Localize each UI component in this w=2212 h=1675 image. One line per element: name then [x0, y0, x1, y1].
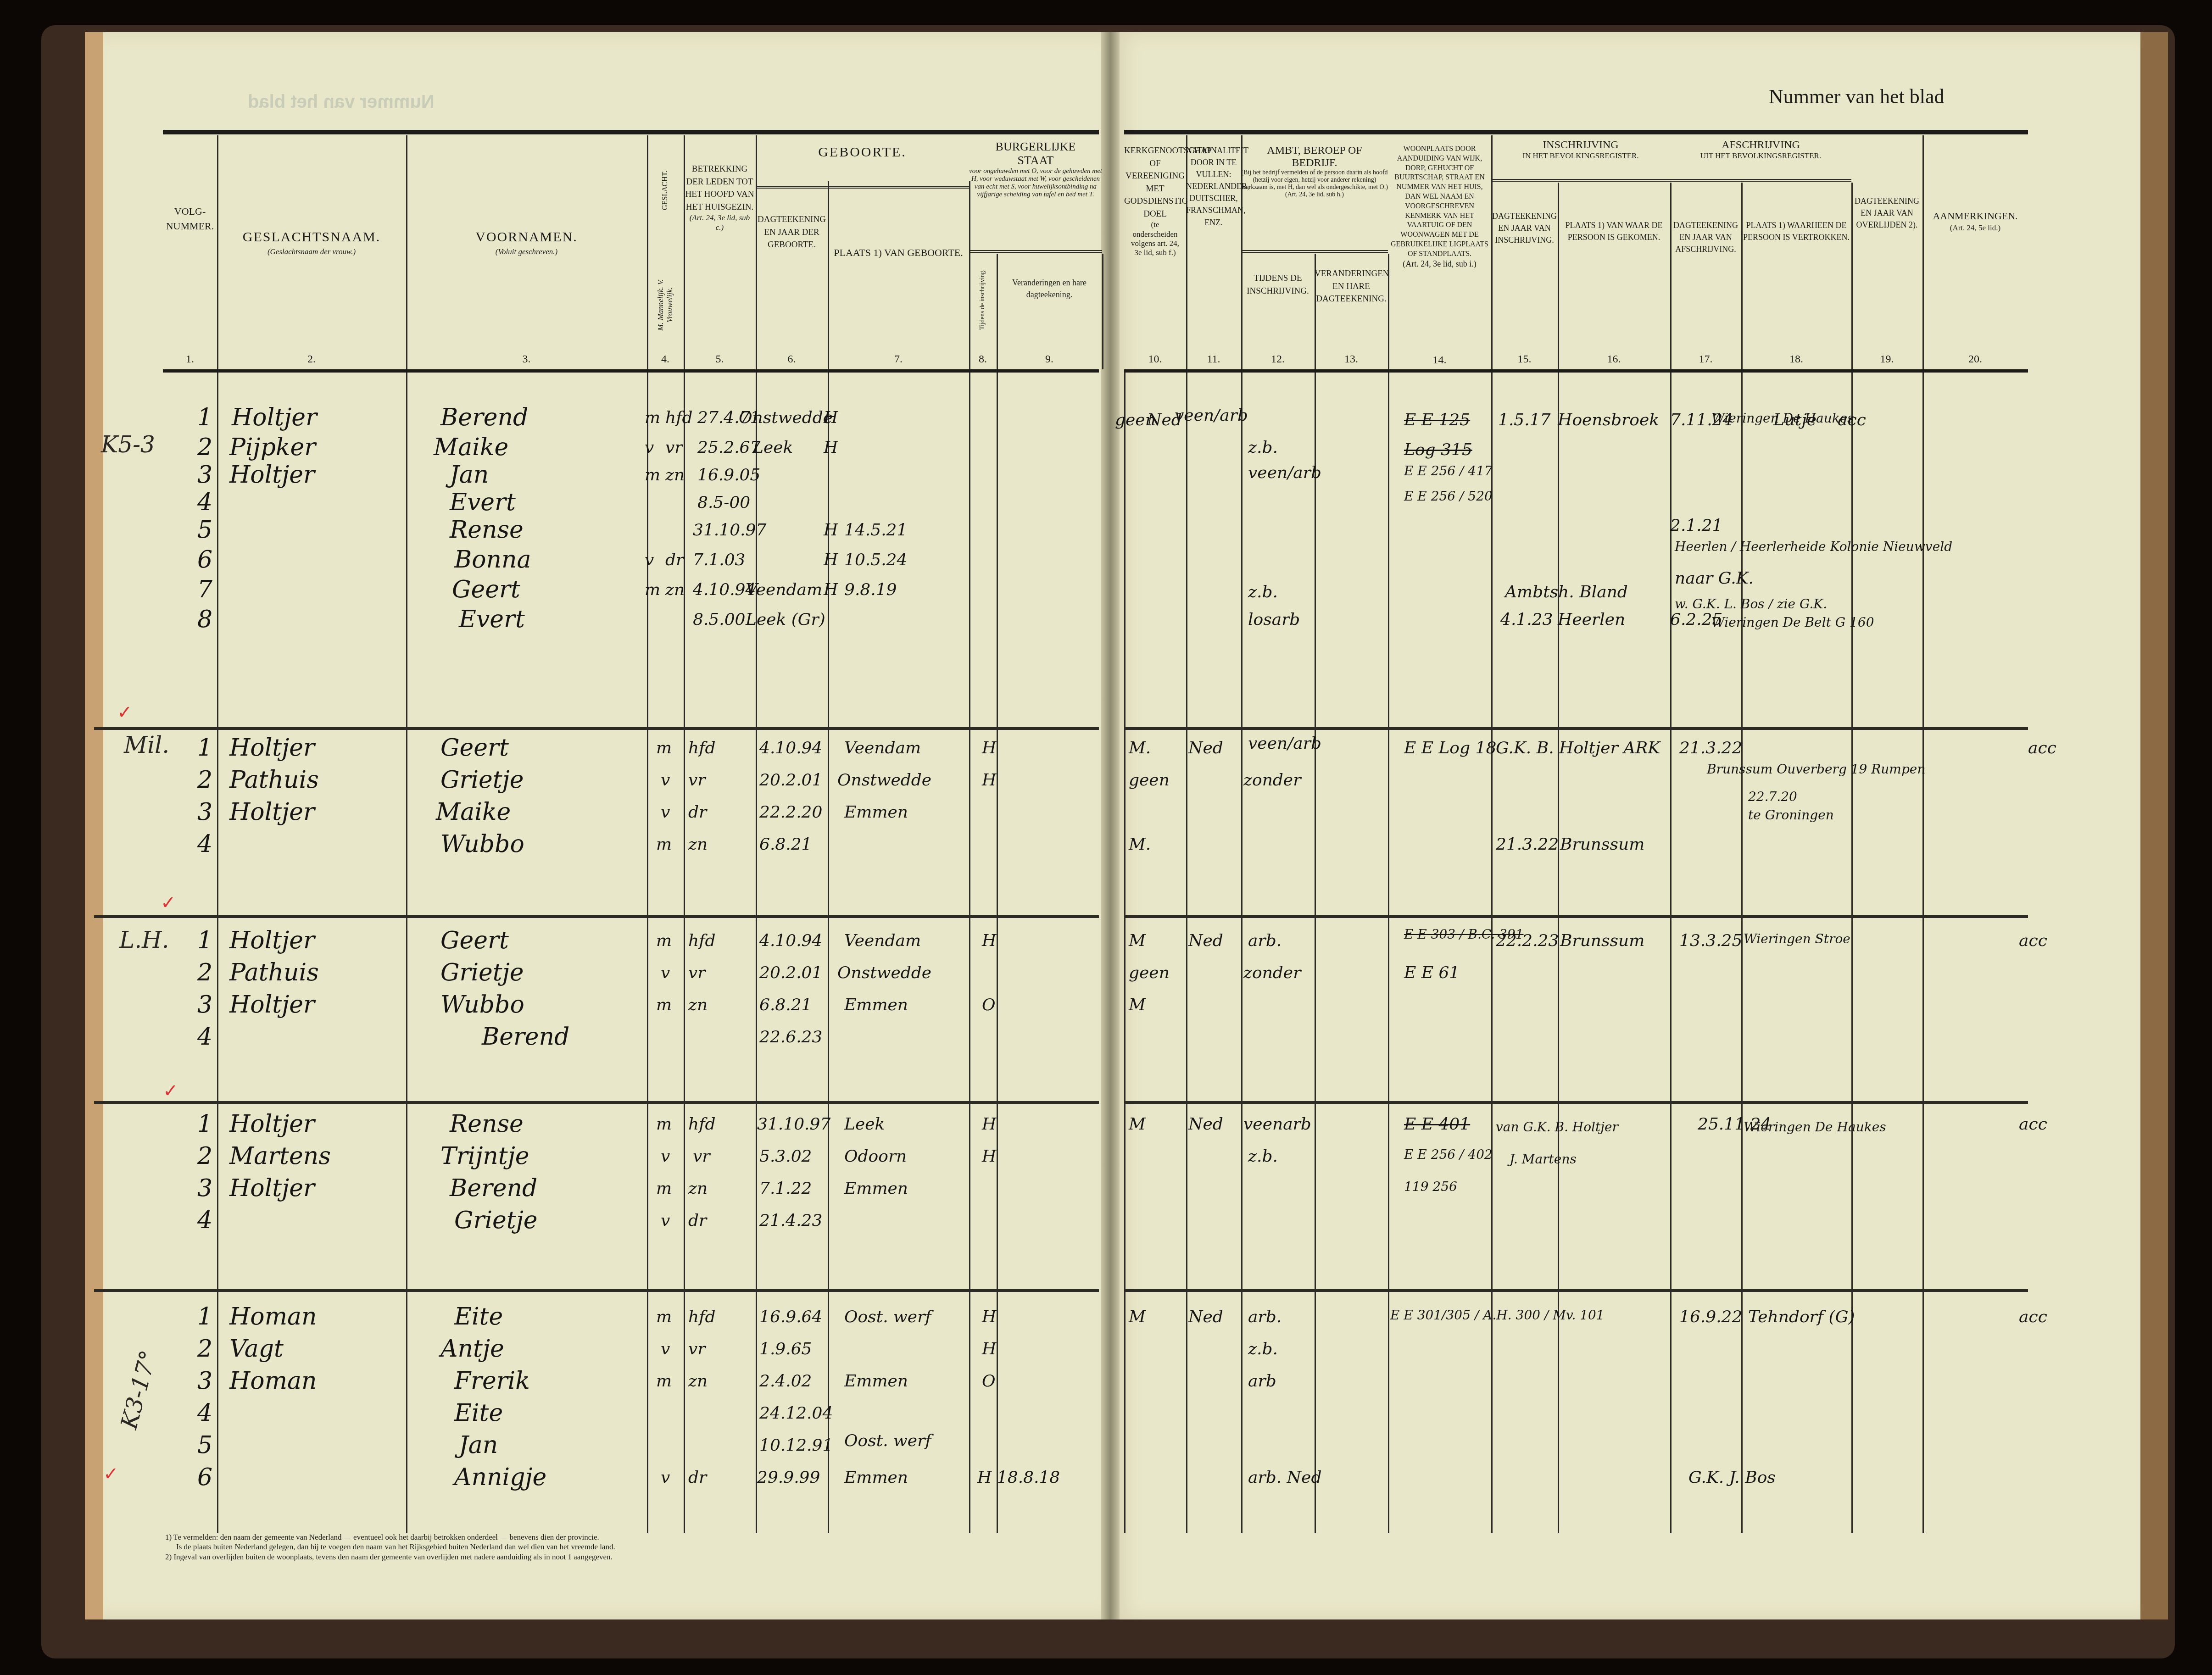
- civil-status: H: [982, 1340, 996, 1358]
- birth-place: Emmen: [844, 1372, 908, 1391]
- civil-status: H: [982, 771, 996, 790]
- volgnummer: 8: [197, 606, 212, 633]
- occupation: z.b.: [1248, 583, 1278, 601]
- col-8-header: Tijdens de inschrijving.8.: [969, 254, 998, 369]
- given-name: Annigje: [454, 1464, 546, 1491]
- household-separator: [1124, 915, 2028, 918]
- civil-status: H: [824, 521, 838, 540]
- birth-date: 7.1.03: [693, 551, 746, 569]
- address: Log 315: [1404, 440, 1472, 459]
- birth-date: 22.2.20: [759, 803, 822, 822]
- relation: dr: [688, 1211, 707, 1230]
- afschrijving-to: te Groningen: [1748, 807, 1834, 823]
- afschrijving-to: Wieringen De Belt G 160: [1711, 615, 1874, 630]
- inschrijving-from: J. Martens: [1510, 1152, 1577, 1167]
- sex: v: [661, 1340, 670, 1358]
- occupation: arb.: [1248, 931, 1282, 950]
- volgnummer: 5: [197, 1431, 212, 1459]
- col-divider: [1186, 373, 1187, 1533]
- birth-place: Leek: [844, 1115, 885, 1134]
- relation: vr: [665, 438, 683, 457]
- church: geen: [1129, 963, 1170, 982]
- col-divider: [684, 373, 685, 1533]
- birth-date: 6.8.21: [759, 835, 812, 854]
- surname: Homan: [229, 1367, 317, 1395]
- sex: m: [656, 1308, 672, 1326]
- occupation: z.b.: [1248, 438, 1278, 457]
- sex: m: [656, 1115, 672, 1134]
- volgnummer: 2: [197, 766, 212, 794]
- sex: v: [661, 1211, 670, 1230]
- civil-status-change: 9.8.19: [844, 580, 897, 599]
- col-10-header: Kerkgenootschap of vereeniging met godsd…: [1124, 135, 1187, 369]
- given-name: Eite: [454, 1303, 503, 1330]
- civil-status: H: [982, 1147, 996, 1166]
- footnote-1: 1) Te vermelden: den naam der gemeente v…: [165, 1532, 615, 1542]
- surname: Homan: [229, 1303, 317, 1330]
- sex: m: [645, 408, 660, 427]
- sex: m: [656, 1179, 672, 1198]
- given-name: Berend: [450, 1174, 537, 1202]
- inschrijving-date: 4.1.23: [1500, 610, 1553, 629]
- occupation: z.b.: [1248, 1340, 1278, 1358]
- sex: m: [645, 466, 660, 484]
- birth-date: 21.4.23: [759, 1211, 822, 1230]
- address: E E 401: [1404, 1115, 1470, 1134]
- birth-date: 31.10.97: [757, 1115, 830, 1134]
- sex: v: [661, 963, 670, 982]
- occupation: arb.: [1248, 1308, 1282, 1326]
- relation: zn: [665, 466, 685, 484]
- volgnummer: 3: [197, 1367, 212, 1395]
- afschrijving-to: Wieringen Stroe: [1744, 931, 1850, 946]
- birth-place: Leek: [752, 438, 793, 457]
- given-name: Grietje: [440, 766, 524, 794]
- civil-status-change: H 18.8.18: [977, 1468, 1060, 1487]
- surname: Holtjer: [229, 991, 315, 1018]
- sex: v: [661, 1468, 670, 1487]
- civil-status-change: 14.5.21: [844, 521, 907, 540]
- given-name: Grietje: [454, 1207, 538, 1234]
- volgnummer: 7: [197, 576, 212, 603]
- given-name: Evert: [459, 606, 525, 633]
- birth-date: 29.9.99: [757, 1468, 820, 1487]
- inschrijving-from: Hoensbroek: [1558, 411, 1659, 429]
- red-check-mark: ✓: [161, 892, 176, 913]
- given-name: Bonna: [454, 546, 531, 573]
- birth-date: 8.5.00: [693, 610, 746, 629]
- relation: zn: [665, 580, 685, 599]
- birth-date: 16.9.05: [697, 466, 760, 484]
- church: M: [1129, 1115, 1146, 1134]
- surname: Holtjer: [229, 461, 315, 489]
- household-separator: [1124, 727, 2028, 730]
- afschrijving-to: Wieringen De Haukes: [1744, 1119, 1886, 1135]
- birth-date: 4.10.94: [759, 931, 822, 950]
- given-name: Trijntje: [440, 1142, 529, 1170]
- inschrijving-date: 22.2.23: [1496, 931, 1559, 950]
- nationality: Ned: [1188, 1308, 1223, 1326]
- afschrijving-to: Brunssum: [1560, 835, 1644, 854]
- volgnummer: 2: [197, 959, 212, 986]
- birth-date: 20.2.01: [759, 963, 822, 982]
- afschrijving-to: Tehndorf (G): [1748, 1308, 1855, 1326]
- occupation: veen/arb: [1175, 406, 1248, 425]
- page-title: Nummer van het blad: [1769, 85, 1944, 108]
- col-18-header: Plaats 1) waarheen de persoon is vertrok…: [1741, 183, 1853, 369]
- volgnummer: 2: [197, 434, 212, 461]
- header-rule-right: [1124, 369, 2028, 373]
- occupation: z.b.: [1248, 1147, 1278, 1166]
- civil-status: O: [982, 996, 996, 1014]
- birth-place: Odoorn: [844, 1147, 907, 1166]
- household-separator: [94, 727, 1099, 730]
- relation: dr: [688, 803, 707, 822]
- surname: Martens: [229, 1142, 331, 1170]
- remark: acc: [2028, 739, 2056, 757]
- volgnummer: 1: [197, 927, 212, 954]
- header-rule-left: [163, 369, 1099, 373]
- volgnummer: 1: [197, 734, 212, 762]
- birth-place: Onstwedde: [837, 771, 931, 790]
- relation: vr: [693, 1147, 710, 1166]
- afschrijving-date: 13.3.25: [1679, 931, 1742, 950]
- red-check-mark: ✓: [117, 702, 133, 723]
- afschrijving-to: naar G.K.: [1675, 569, 1754, 588]
- birth-date: 2.4.02: [759, 1372, 812, 1391]
- col-divider: [997, 373, 998, 1533]
- col-2-header: Geslachtsnaam.(Geslachtsnaam der vrouw.)…: [217, 135, 407, 369]
- given-name: Geert: [440, 927, 509, 954]
- footnote-2: 2) Ingeval van overlijden buiten de woon…: [165, 1552, 615, 1562]
- occupation: zonder: [1243, 963, 1301, 982]
- col-17-header: Dagteekening en jaar van afschrijving.17…: [1670, 183, 1743, 369]
- footnotes: 1) Te vermelden: den naam der gemeente v…: [165, 1532, 615, 1562]
- sex: m: [645, 580, 660, 599]
- afschrijving-to: Heerlen / Heerlerheide Kolonie Nieuwveld: [1675, 539, 1952, 554]
- birth-date: 4.10.94: [759, 739, 822, 757]
- relation: hfd: [688, 931, 716, 950]
- sex: m: [656, 835, 672, 854]
- given-name: Berend: [440, 404, 528, 431]
- address: E E Log 18: [1404, 739, 1496, 757]
- birth-place: Leek (Gr): [746, 610, 825, 629]
- col-divider: [406, 373, 407, 1533]
- given-name: Maike: [434, 434, 508, 461]
- birth-place: Oost. werf: [844, 1308, 931, 1326]
- given-name: Rense: [450, 1110, 524, 1138]
- civil-status-change: 10.5.24: [844, 551, 907, 569]
- volgnummer: 4: [197, 489, 212, 516]
- col-15-header: Dagteekening en jaar van inschrijving.15…: [1491, 183, 1559, 369]
- given-name: Wubbo: [440, 991, 524, 1018]
- relation: dr: [665, 551, 684, 569]
- afschrijving-date: 21.3.22: [1679, 739, 1742, 757]
- inschrijving-from: Brunssum: [1560, 931, 1644, 950]
- church: M.: [1129, 835, 1151, 854]
- given-name: Evert: [450, 489, 516, 516]
- household-separator: [1124, 1101, 2028, 1104]
- birth-place: Emmen: [844, 996, 908, 1014]
- sex: m: [656, 931, 672, 950]
- surname: Pathuis: [229, 766, 319, 794]
- civil-status: H: [982, 1115, 996, 1134]
- col-4-header: Geslacht.M. Mannelijk. V. Vrouwelijk.4.: [647, 135, 685, 369]
- volgnummer: 6: [197, 1464, 212, 1491]
- occupation: veen/arb: [1248, 734, 1321, 753]
- civil-status: O: [982, 1372, 996, 1391]
- remark: acc: [2019, 1308, 2047, 1326]
- birth-place: Veendam: [844, 931, 921, 950]
- sex: v: [661, 771, 670, 790]
- nationality: Ned: [1188, 931, 1223, 950]
- relation: hfd: [688, 1115, 716, 1134]
- relation: zn: [688, 1372, 708, 1391]
- sex: m: [656, 739, 672, 757]
- col-divider: [969, 373, 970, 1533]
- col-divider: [828, 373, 829, 1533]
- afschrijving-to: Brunssum Ouverberg 19 Rumpen: [1707, 762, 1925, 777]
- group-afschrijving: AFSCHRIJVINGUIT HET BEVOLKINGSREGISTER.: [1670, 135, 1851, 182]
- col-16-header: Plaats 1) van waar de persoon is gekomen…: [1558, 183, 1672, 369]
- surname: Pathuis: [229, 959, 319, 986]
- col-divider: [1315, 373, 1316, 1533]
- afschrijving-to: G.K. J. Bos: [1688, 1468, 1776, 1487]
- church: M.: [1129, 739, 1151, 757]
- group-geboorte: GEBOORTE.: [756, 135, 969, 189]
- given-name: Rense: [450, 516, 524, 544]
- birth-date: 5.3.02: [759, 1147, 812, 1166]
- remark: acc: [2019, 931, 2047, 950]
- given-name: Geert: [452, 576, 520, 603]
- birth-place: Veendam: [746, 580, 822, 599]
- given-name: Maike: [436, 798, 511, 826]
- top-rule-right: [1124, 130, 2028, 134]
- volgnummer: 3: [197, 461, 212, 489]
- birth-date: 20.2.01: [759, 771, 822, 790]
- volgnummer: 4: [197, 830, 212, 858]
- occupation: veen/arb: [1248, 463, 1321, 482]
- civil-status: H: [824, 551, 838, 569]
- volgnummer: 3: [197, 1174, 212, 1202]
- civil-status: H: [982, 1308, 996, 1326]
- inschrijving-date: 1.5.17: [1498, 411, 1551, 429]
- nationality: Ned: [1188, 739, 1223, 757]
- church: geen: [1129, 771, 1170, 790]
- remark: acc: [2019, 1115, 2047, 1134]
- volgnummer: 4: [197, 1399, 212, 1427]
- occupation: losarb: [1248, 610, 1300, 629]
- birth-date: 7.1.22: [759, 1179, 812, 1198]
- ghost-title-bleedthrough: Nummer van het blad: [248, 92, 435, 112]
- afschrijving-date: 2.1.21: [1670, 516, 1723, 535]
- col-12-header: Tijdens de inschrijving.12.: [1241, 254, 1316, 369]
- col-19-header: Dagteekening en jaar van overlijden 2).1…: [1851, 135, 1924, 369]
- volgnummer: 1: [197, 1303, 212, 1330]
- col-11-header: Nationaliteit door in te vullen: Nederla…: [1186, 135, 1243, 369]
- sex: v: [661, 1147, 670, 1166]
- margin-note: L.H.: [119, 927, 169, 953]
- relation: hfd: [688, 1308, 716, 1326]
- surname: Holtjer: [229, 927, 315, 954]
- birth-place: Emmen: [844, 1179, 908, 1198]
- relation: dr: [688, 1468, 707, 1487]
- household-separator: [94, 1101, 1099, 1104]
- col-divider: [1241, 373, 1243, 1533]
- relation: vr: [688, 963, 706, 982]
- volgnummer: 4: [197, 1023, 212, 1051]
- address: 119 256: [1404, 1179, 1457, 1194]
- col-divider: [1124, 373, 1126, 1533]
- volgnummer: 5: [197, 516, 212, 544]
- birth-place: Emmen: [844, 1468, 908, 1487]
- volgnummer: 2: [197, 1142, 212, 1170]
- surname: Holtjer: [229, 734, 315, 762]
- address: E E 301/305 / A.H. 300 / Mv. 101: [1390, 1308, 1605, 1323]
- volgnummer: 1: [197, 1110, 212, 1138]
- civil-status: H: [824, 408, 838, 427]
- address: E E 256 / 520: [1404, 489, 1493, 504]
- given-name: Geert: [440, 734, 509, 762]
- col-divider: [217, 373, 218, 1533]
- col-divider: [1388, 373, 1389, 1533]
- sex: v: [645, 551, 654, 569]
- address: E E 256 / 417: [1404, 463, 1493, 479]
- col-13-header: Veranderingen en hare dagteekening.13.: [1315, 254, 1389, 369]
- col-1-header: Volg-nummer.1.: [163, 135, 218, 369]
- volgnummer: 2: [197, 1335, 212, 1363]
- birth-date: 31.10.97: [693, 521, 766, 540]
- volgnummer: 4: [197, 1207, 212, 1234]
- given-name: Antje: [440, 1335, 504, 1363]
- sex: m: [656, 1372, 672, 1391]
- inschrijving-from: van G.K. B. Holtjer: [1496, 1119, 1618, 1135]
- address: E E 61: [1404, 963, 1460, 982]
- nationality: Ned: [1188, 1115, 1223, 1134]
- group-inschrijving: INSCHRIJVINGIN HET BEVOLKINGSREGISTER.: [1491, 135, 1670, 182]
- surname: Pijpker: [229, 434, 316, 461]
- relation: vr: [688, 1340, 706, 1358]
- red-check-mark: ✓: [163, 1080, 178, 1102]
- birth-place: Onstwedde: [739, 408, 833, 427]
- volgnummer: 1: [197, 404, 212, 431]
- col-3-header: Voornamen.(Voluit geschreven.)3.: [406, 135, 648, 369]
- given-name: Wubbo: [440, 830, 524, 858]
- civil-status: H: [982, 931, 996, 950]
- civil-status: H: [982, 739, 996, 757]
- given-name: Frerik: [454, 1367, 530, 1395]
- footnote-1-cont: Is de plaats buiten Nederland gelegen, d…: [165, 1542, 615, 1552]
- inschrijving-from: Heerlen: [1558, 610, 1625, 629]
- sex: m: [656, 996, 672, 1014]
- column-headers: Volg-nummer.1. Geslachtsnaam.(Geslachtsn…: [163, 135, 2028, 369]
- volgnummer: 6: [197, 546, 212, 573]
- address: E E 125: [1404, 411, 1470, 429]
- group-ambt: AMBT, BEROEP OF BEDRIJF.(Bij het bedrijf…: [1241, 135, 1388, 253]
- col-20-header: Aanmerkingen.(Art. 24, 5e lid.)20.: [1922, 135, 2028, 369]
- sex: v: [661, 803, 670, 822]
- col-7-header: Plaats 1) van geboorte.7.: [828, 181, 970, 369]
- given-name: Jan: [450, 461, 489, 489]
- given-name: Berend: [482, 1023, 569, 1051]
- occupation: arb. Ned: [1248, 1468, 1321, 1487]
- occupation: arb: [1248, 1372, 1276, 1391]
- col-divider: [1558, 373, 1559, 1533]
- birth-date: 16.9.64: [759, 1308, 822, 1326]
- church: M: [1129, 996, 1146, 1014]
- afschrijving-date: 21.3.22: [1496, 835, 1559, 854]
- occupation: zonder: [1243, 771, 1301, 790]
- birth-date: 6.8.21: [759, 996, 812, 1014]
- relation: zn: [688, 835, 708, 854]
- address: E E 256 / 402: [1404, 1147, 1493, 1162]
- surname: Holtjer: [229, 1174, 315, 1202]
- col-14-header: Woonplaats door aanduiding van wijk, dor…: [1388, 135, 1493, 369]
- inschrijving-from: G.K. B. Holtjer ARK: [1496, 739, 1660, 757]
- birth-place: Emmen: [844, 803, 908, 822]
- relation: hfd: [688, 739, 716, 757]
- surname: Vagt: [229, 1335, 284, 1363]
- surname: Holtjer: [229, 1110, 315, 1138]
- birth-date: 24.12.04: [759, 1404, 833, 1423]
- col-5-header: Betrekking der leden tot het hoofd van h…: [684, 135, 757, 369]
- col-divider: [1491, 373, 1493, 1533]
- occupation: veenarb: [1243, 1115, 1311, 1134]
- birth-date: 1.9.65: [759, 1340, 812, 1358]
- birth-place: Veendam: [844, 739, 921, 757]
- group-burgerlijke-staat: BURGERLIJKE STAATvoor ongehuwden met O, …: [969, 135, 1102, 253]
- birth-place: Oost. werf: [844, 1431, 931, 1450]
- relation: zn: [688, 996, 708, 1014]
- volgnummer: 3: [197, 991, 212, 1018]
- red-check-mark: ✓: [103, 1464, 119, 1485]
- household-separator: [94, 1289, 1099, 1292]
- given-name: Jan: [459, 1431, 498, 1459]
- given-name: Eite: [454, 1399, 503, 1427]
- remark: acc: [1838, 411, 1866, 429]
- given-name: Grietje: [440, 959, 524, 986]
- birth-place: Onstwedde: [837, 963, 931, 982]
- birth-date: 25.2.67: [697, 438, 760, 457]
- surname: Holtjer: [229, 798, 315, 826]
- volgnummer: 3: [197, 798, 212, 826]
- col-divider: [756, 373, 757, 1533]
- church: M: [1129, 931, 1146, 950]
- sex: v: [645, 438, 654, 457]
- death-date: Lutje: [1773, 411, 1816, 429]
- household-separator: [1124, 1289, 2028, 1292]
- col-divider: [647, 373, 648, 1533]
- inschrijving-from: Ambtsh. Bland: [1505, 583, 1628, 601]
- relation: hfd: [665, 408, 693, 427]
- surname: Holtjer: [232, 404, 317, 431]
- top-rule-left: [163, 130, 1099, 134]
- afschrijving-to: w. G.K. L. Bos / zie G.K.: [1675, 596, 1827, 612]
- civil-status: H: [824, 580, 838, 599]
- civil-status: H: [824, 438, 838, 457]
- birth-date: 22.6.23: [759, 1028, 822, 1046]
- margin-note: Mil.: [124, 732, 169, 758]
- col-9-header: Veranderingen en hare dagteekening.9.: [997, 254, 1103, 369]
- church: M: [1129, 1308, 1146, 1326]
- birth-date: 10.12.91: [759, 1436, 833, 1455]
- household-separator: [94, 915, 1099, 918]
- relation: zn: [688, 1179, 708, 1198]
- margin-note: K5-3: [101, 431, 155, 458]
- afschrijving-date: 16.9.22: [1679, 1308, 1742, 1326]
- col-divider: [1670, 373, 1672, 1533]
- relation: vr: [688, 771, 706, 790]
